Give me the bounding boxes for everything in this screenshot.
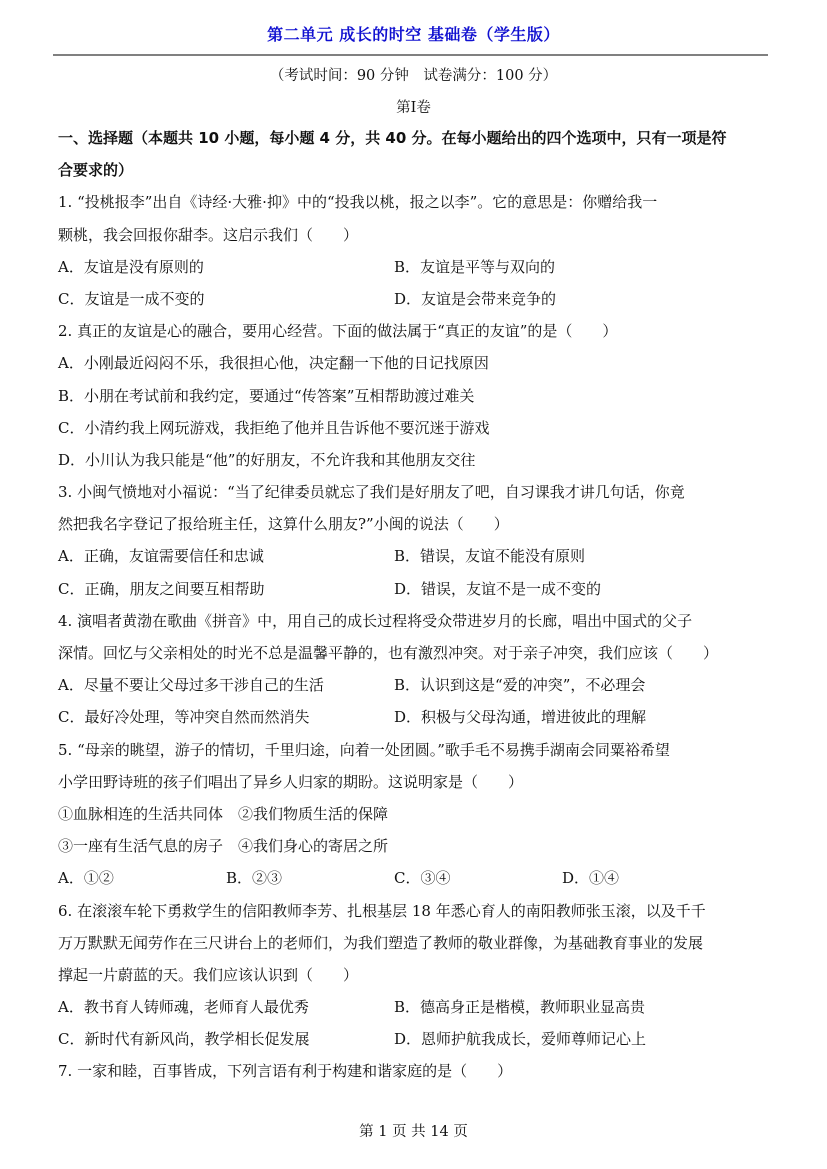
- section-heading: 一、选择题（本题共 10 小题，每小题 4 分，共 40 分。在每小题给出的四个…: [58, 122, 770, 154]
- option-d: D．错误，友谊不是一成不变的: [394, 573, 730, 605]
- option-b: B．②③: [226, 862, 394, 894]
- option-a: A．正确，友谊需要信任和忠诚: [58, 540, 394, 572]
- option-a: A．教书育人铸师魂，老师育人最优秀: [58, 991, 394, 1023]
- statement-row: ③一座有生活气息的房子 ④我们身心的寄居之所: [58, 830, 770, 862]
- document-title: 第二单元 成长的时空 基础卷（学生版）: [0, 22, 827, 45]
- question-stem: 颗桃，我会回报你甜李。这启示我们（ ）: [58, 219, 770, 251]
- question-5: 5. “母亲的眺望，游子的情切，千里归途，向着一处团圆。”歌手毛不易携手湖南会同…: [58, 734, 770, 895]
- question-stem: 5. “母亲的眺望，游子的情切，千里归途，向着一处团圆。”歌手毛不易携手湖南会同…: [58, 734, 770, 766]
- option-row: A．尽量不要让父母过多干涉自己的生活 B．认识到这是“爱的冲突”，不必理会: [58, 669, 770, 701]
- question-stem: 1. “投桃报李”出自《诗经·大雅·抑》中的“投我以桃，报之以李”。它的意思是：…: [58, 186, 770, 218]
- option-row: A．①② B．②③ C．③④ D．①④: [58, 862, 770, 894]
- option-row: A．友谊是没有原则的 B．友谊是平等与双向的: [58, 251, 770, 283]
- question-stem: 7. 一家和睦，百事皆成，下列言语有利于构建和谐家庭的是（ ）: [58, 1055, 770, 1087]
- option-c: C．友谊是一成不变的: [58, 283, 394, 315]
- option-b: B．友谊是平等与双向的: [394, 251, 730, 283]
- question-stem: 6. 在滚滚车轮下勇救学生的信阳教师李芳、扎根基层 18 年悉心育人的南阳教师张…: [58, 895, 770, 927]
- header-divider: [53, 54, 768, 56]
- option-row: C．正确，朋友之间要互相帮助 D．错误，友谊不是一成不变的: [58, 573, 770, 605]
- option-a: A．小刚最近闷闷不乐，我很担心他，决定翻一下他的日记找原因: [58, 347, 770, 379]
- question-1: 1. “投桃报李”出自《诗经·大雅·抑》中的“投我以桃，报之以李”。它的意思是：…: [58, 186, 770, 315]
- document-page: 第二单元 成长的时空 基础卷（学生版） （考试时间：90 分钟 试卷满分：100…: [0, 0, 827, 1169]
- option-row: C．最好冷处理，等冲突自然而然消失 D．积极与父母沟通，增进彼此的理解: [58, 701, 770, 733]
- option-a: A．友谊是没有原则的: [58, 251, 394, 283]
- page-number: 第 1 页 共 14 页: [0, 1120, 827, 1141]
- question-6: 6. 在滚滚车轮下勇救学生的信阳教师李芳、扎根基层 18 年悉心育人的南阳教师张…: [58, 895, 770, 1056]
- statement-row: ①血脉相连的生活共同体 ②我们物质生活的保障: [58, 798, 770, 830]
- option-c: C．③④: [394, 862, 562, 894]
- question-stem: 深情。回忆与父亲相处的时光不总是温馨平静的，也有激烈冲突。对于亲子冲突，我们应该…: [58, 637, 770, 669]
- question-content: 一、选择题（本题共 10 小题，每小题 4 分，共 40 分。在每小题给出的四个…: [58, 122, 770, 1088]
- option-row: C．新时代有新风尚，教学相长促发展 D．恩师护航我成长，爱师尊师记心上: [58, 1023, 770, 1055]
- option-a: A．尽量不要让父母过多干涉自己的生活: [58, 669, 394, 701]
- option-row: A．教书育人铸师魂，老师育人最优秀 B．德高身正是楷模，教师职业显高贵: [58, 991, 770, 1023]
- option-b: B．小朋在考试前和我约定，要通过“传答案”互相帮助渡过难关: [58, 380, 770, 412]
- option-b: B．错误，友谊不能没有原则: [394, 540, 730, 572]
- volume-label: 第Ⅰ卷: [0, 96, 827, 117]
- option-row: A．正确，友谊需要信任和忠诚 B．错误，友谊不能没有原则: [58, 540, 770, 572]
- option-c: C．小清约我上网玩游戏，我拒绝了他并且告诉他不要沉迷于游戏: [58, 412, 770, 444]
- question-stem: 小学田野诗班的孩子们唱出了异乡人归家的期盼。这说明家是（ ）: [58, 766, 770, 798]
- question-3: 3. 小闽气愤地对小福说：“当了纪律委员就忘了我们是好朋友了吧，自习课我才讲几句…: [58, 476, 770, 605]
- question-7: 7. 一家和睦，百事皆成，下列言语有利于构建和谐家庭的是（ ）: [58, 1055, 770, 1087]
- option-d: D．小川认为我只能是“他”的好朋友，不允许我和其他朋友交往: [58, 444, 770, 476]
- exam-info: （考试时间：90 分钟 试卷满分：100 分）: [0, 64, 827, 85]
- question-stem: 3. 小闽气愤地对小福说：“当了纪律委员就忘了我们是好朋友了吧，自习课我才讲几句…: [58, 476, 770, 508]
- option-a: A．①②: [58, 862, 226, 894]
- option-d: D．恩师护航我成长，爱师尊师记心上: [394, 1023, 730, 1055]
- question-stem: 撑起一片蔚蓝的天。我们应该认识到（ ）: [58, 959, 770, 991]
- question-4: 4. 演唱者黄渤在歌曲《拼音》中，用自己的成长过程将受众带进岁月的长廊，唱出中国…: [58, 605, 770, 734]
- option-c: C．最好冷处理，等冲突自然而然消失: [58, 701, 394, 733]
- question-stem: 然把我名字登记了报给班主任，这算什么朋友?”小闽的说法（ ）: [58, 508, 770, 540]
- option-b: B．德高身正是楷模，教师职业显高贵: [394, 991, 730, 1023]
- question-stem: 2. 真正的友谊是心的融合，要用心经营。下面的做法属于“真正的友谊”的是（ ）: [58, 315, 770, 347]
- question-stem: 4. 演唱者黄渤在歌曲《拼音》中，用自己的成长过程将受众带进岁月的长廊，唱出中国…: [58, 605, 770, 637]
- section-heading-cont: 合要求的）: [58, 154, 770, 186]
- option-d: D．积极与父母沟通，增进彼此的理解: [394, 701, 730, 733]
- question-2: 2. 真正的友谊是心的融合，要用心经营。下面的做法属于“真正的友谊”的是（ ） …: [58, 315, 770, 476]
- option-d: D．①④: [562, 862, 730, 894]
- option-c: C．正确，朋友之间要互相帮助: [58, 573, 394, 605]
- option-b: B．认识到这是“爱的冲突”，不必理会: [394, 669, 730, 701]
- option-row: C．友谊是一成不变的 D．友谊是会带来竞争的: [58, 283, 770, 315]
- option-d: D．友谊是会带来竞争的: [394, 283, 730, 315]
- option-c: C．新时代有新风尚，教学相长促发展: [58, 1023, 394, 1055]
- question-stem: 万万默默无闻劳作在三尺讲台上的老师们，为我们塑造了教师的敬业群像，为基础教育事业…: [58, 927, 770, 959]
